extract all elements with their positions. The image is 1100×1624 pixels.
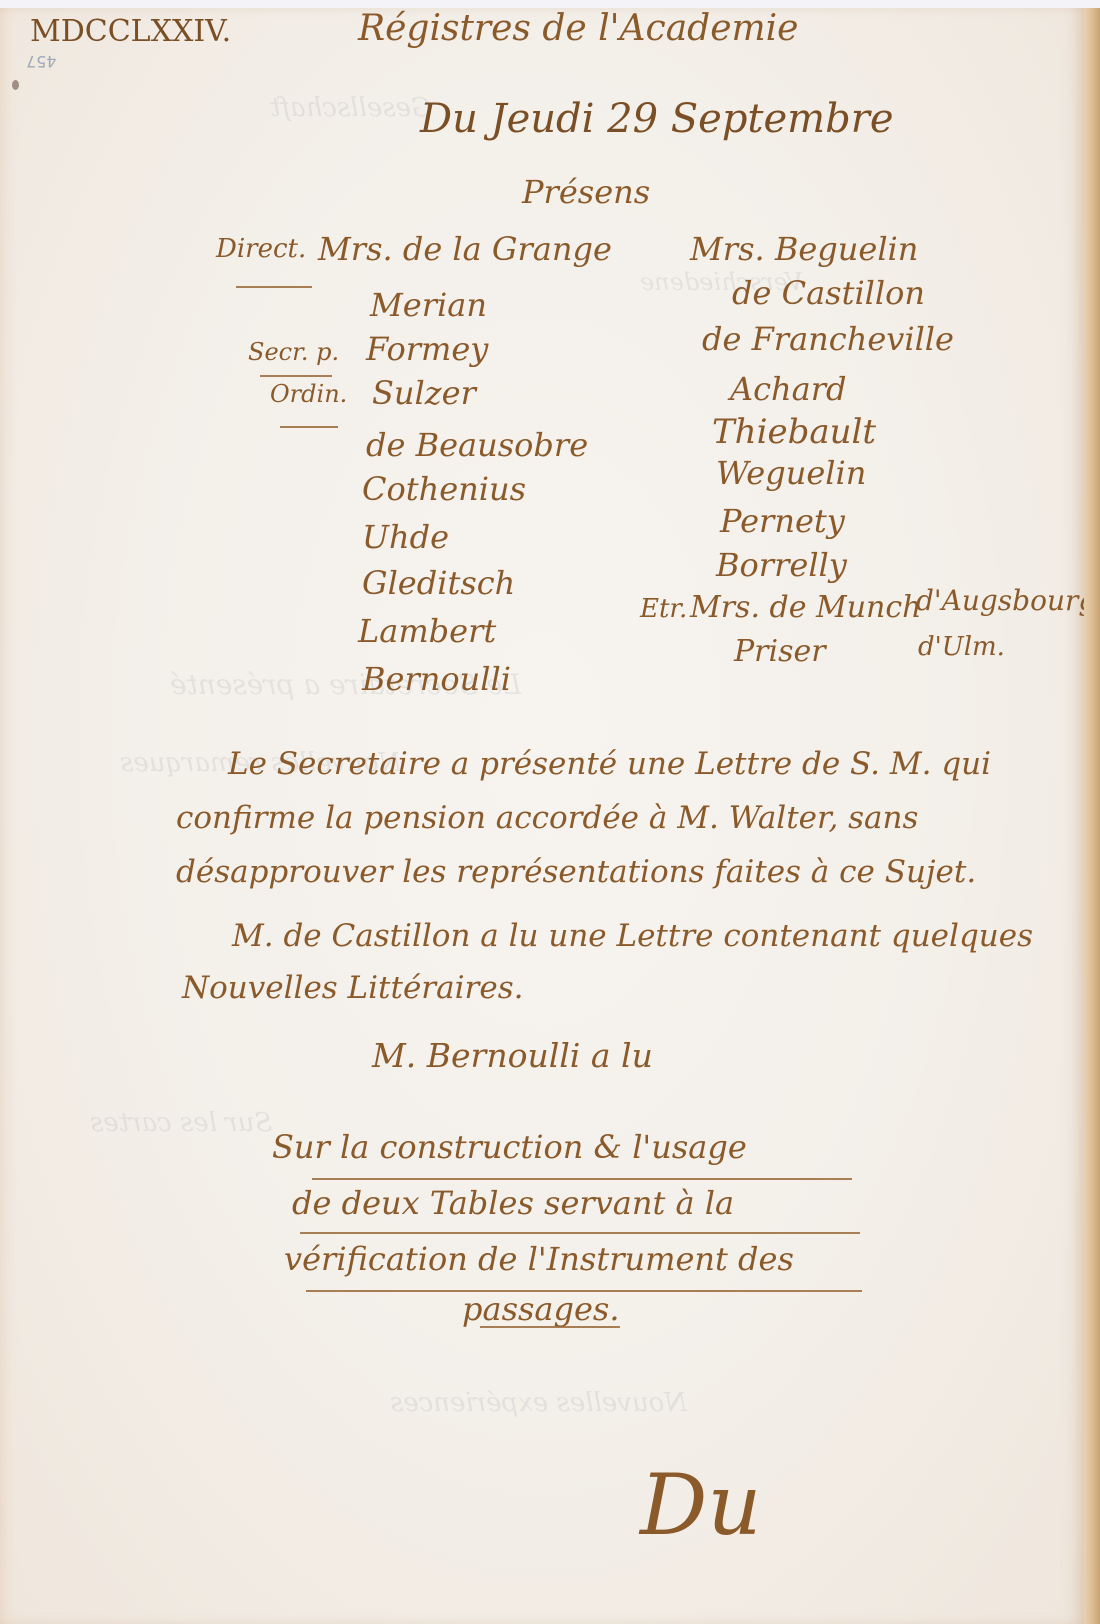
minutes-line: M. Bernoulli a lu bbox=[372, 1036, 653, 1075]
attendee-name: Bernoulli bbox=[362, 660, 511, 698]
folio-number: 457 bbox=[26, 52, 57, 71]
minutes-line: Le Secretaire a présenté une Lettre de S… bbox=[228, 746, 991, 782]
attendee-name: Thiebault bbox=[712, 412, 876, 452]
closing-mark: Du bbox=[640, 1456, 761, 1554]
minutes-line: désapprouver les représentations faites … bbox=[176, 854, 976, 890]
memoir-title-line: vérification de l'Instrument des bbox=[284, 1240, 794, 1278]
attendee-name: de Beausobre bbox=[366, 426, 588, 464]
attendee-name: Lambert bbox=[358, 612, 496, 650]
ink-spot bbox=[12, 80, 19, 90]
attendee-name: Mrs. de la Grange bbox=[318, 230, 612, 268]
foreign-visitor-name: Priser bbox=[734, 634, 826, 669]
attendee-name: Achard bbox=[730, 370, 847, 408]
attendee-name: de Castillon bbox=[732, 274, 925, 312]
memoir-title-line: de deux Tables servant à la bbox=[292, 1184, 734, 1222]
year-heading: MDCCLXXIV. bbox=[30, 14, 231, 49]
page-binding-edge bbox=[1084, 8, 1100, 1624]
attendee-name: Gleditsch bbox=[362, 564, 515, 602]
minutes-line: Nouvelles Littéraires. bbox=[182, 970, 523, 1006]
attendee-name: Borrelly bbox=[716, 546, 847, 584]
underline bbox=[312, 1178, 852, 1180]
minutes-line: M. de Castillon a lu une Lettre contenan… bbox=[232, 918, 1033, 954]
foreign-visitor-origin: d'Augsbourg bbox=[916, 584, 1096, 617]
memoir-title-line: passages. bbox=[462, 1290, 620, 1328]
underline bbox=[300, 1232, 860, 1234]
manuscript-page: Gesellschaft Verschiedene Le Secretaire … bbox=[0, 8, 1086, 1624]
foreign-label: Etr. bbox=[640, 594, 687, 624]
attendee-name: Weguelin bbox=[716, 454, 866, 492]
underline bbox=[280, 426, 338, 428]
minutes-line: confirme la pension accordée à M. Walter… bbox=[176, 800, 918, 836]
attendee-name: Formey bbox=[366, 330, 488, 368]
bleed-through-text: Nouvelles expériences bbox=[390, 1388, 687, 1418]
attendee-name: Merian bbox=[370, 286, 487, 324]
register-title: Régistres de l'Academie bbox=[358, 8, 798, 49]
attendee-name: de Francheville bbox=[702, 320, 954, 358]
foreign-visitor-origin: d'Ulm. bbox=[918, 632, 1005, 662]
attendee-name: Sulzer bbox=[372, 374, 476, 412]
attendee-name: Mrs. Beguelin bbox=[690, 230, 918, 268]
underline bbox=[236, 286, 312, 288]
role-label: Direct. bbox=[216, 234, 306, 264]
role-label: Ordin. bbox=[270, 380, 347, 408]
role-label: Secr. p. bbox=[248, 338, 339, 366]
bleed-through-text: Sur les cartes bbox=[90, 1108, 272, 1138]
foreign-visitor-name: Mrs. de Munch bbox=[690, 590, 922, 625]
present-label: Présens bbox=[522, 173, 650, 211]
session-date: Du Jeudi 29 Septembre bbox=[420, 96, 894, 142]
bleed-through-text: Gesellschaft bbox=[270, 93, 432, 123]
attendee-name: Uhde bbox=[362, 518, 449, 556]
underline bbox=[480, 1326, 620, 1328]
attendee-name: Cothenius bbox=[362, 470, 526, 508]
memoir-title-line: Sur la construction & l'usage bbox=[272, 1128, 747, 1166]
attendee-name: Pernety bbox=[720, 502, 845, 540]
underline bbox=[260, 375, 332, 377]
